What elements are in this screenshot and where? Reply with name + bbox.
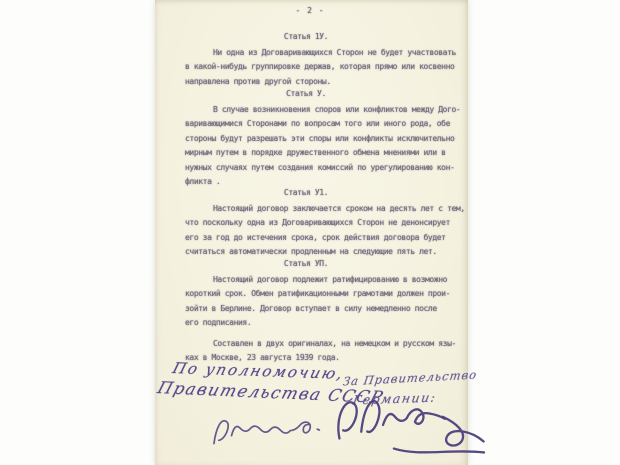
typed-line: В случае возникновения споров или конфли… xyxy=(185,103,455,117)
typed-line: Настоящий договор заключается сроком на … xyxy=(185,202,455,216)
typed-line: зойти в Берлине. Договор вступает в силу… xyxy=(185,302,455,316)
typed-line: Настоящий договор подлежит ратифицирован… xyxy=(185,273,455,287)
typed-line: Составлен в двух оригиналах, на немецком… xyxy=(185,337,455,351)
typed-line: его подписания. xyxy=(185,316,455,330)
article-7-body: Настоящий договор подлежит ратифицирован… xyxy=(185,273,455,331)
typed-line: варивающимися Сторонами по вопросам того… xyxy=(185,117,455,131)
typed-line: Ни одна из Договаривающихся Сторон не бу… xyxy=(185,46,455,60)
typed-line: в какой-нибудь группировке держав, котор… xyxy=(185,60,455,74)
typed-line: нужных случаях путем создания комиссий п… xyxy=(185,161,455,175)
typed-line: стороны будут разрешать эти споры или ко… xyxy=(185,132,455,146)
typed-line: что поскольку одна из Договаривающихся С… xyxy=(185,216,455,230)
article-6-heading: Статья У1. xyxy=(173,188,439,197)
typed-line: его за год до истечения срока, срок дейс… xyxy=(185,231,455,245)
typed-line: мирным путем в порядке дружественного об… xyxy=(185,146,455,160)
article-6-body: Настоящий договор заключается сроком на … xyxy=(185,202,455,260)
article-5-body: В случае возникновения споров или конфли… xyxy=(185,103,455,189)
document-paper: - 2 - Статья 1У. Ни одна из Договаривающ… xyxy=(155,0,468,465)
article-4-body: Ни одна из Договаривающихся Сторон не бу… xyxy=(185,46,455,89)
typed-line: короткий срок. Обмен ратификационными гр… xyxy=(185,287,455,301)
page-number: - 2 - xyxy=(177,6,443,15)
scan-background: - 2 - Статья 1У. Ни одна из Договаривающ… xyxy=(0,0,620,465)
article-7-heading: Статья УП. xyxy=(173,259,439,268)
signature-ribbentrop xyxy=(330,381,491,465)
article-5-heading: Статья У. xyxy=(173,89,439,98)
typed-line: направлена против другой стороны. xyxy=(185,75,455,89)
article-4-heading: Статья 1У. xyxy=(173,32,439,41)
typed-line: считаться автоматически продленным на сл… xyxy=(185,245,455,259)
